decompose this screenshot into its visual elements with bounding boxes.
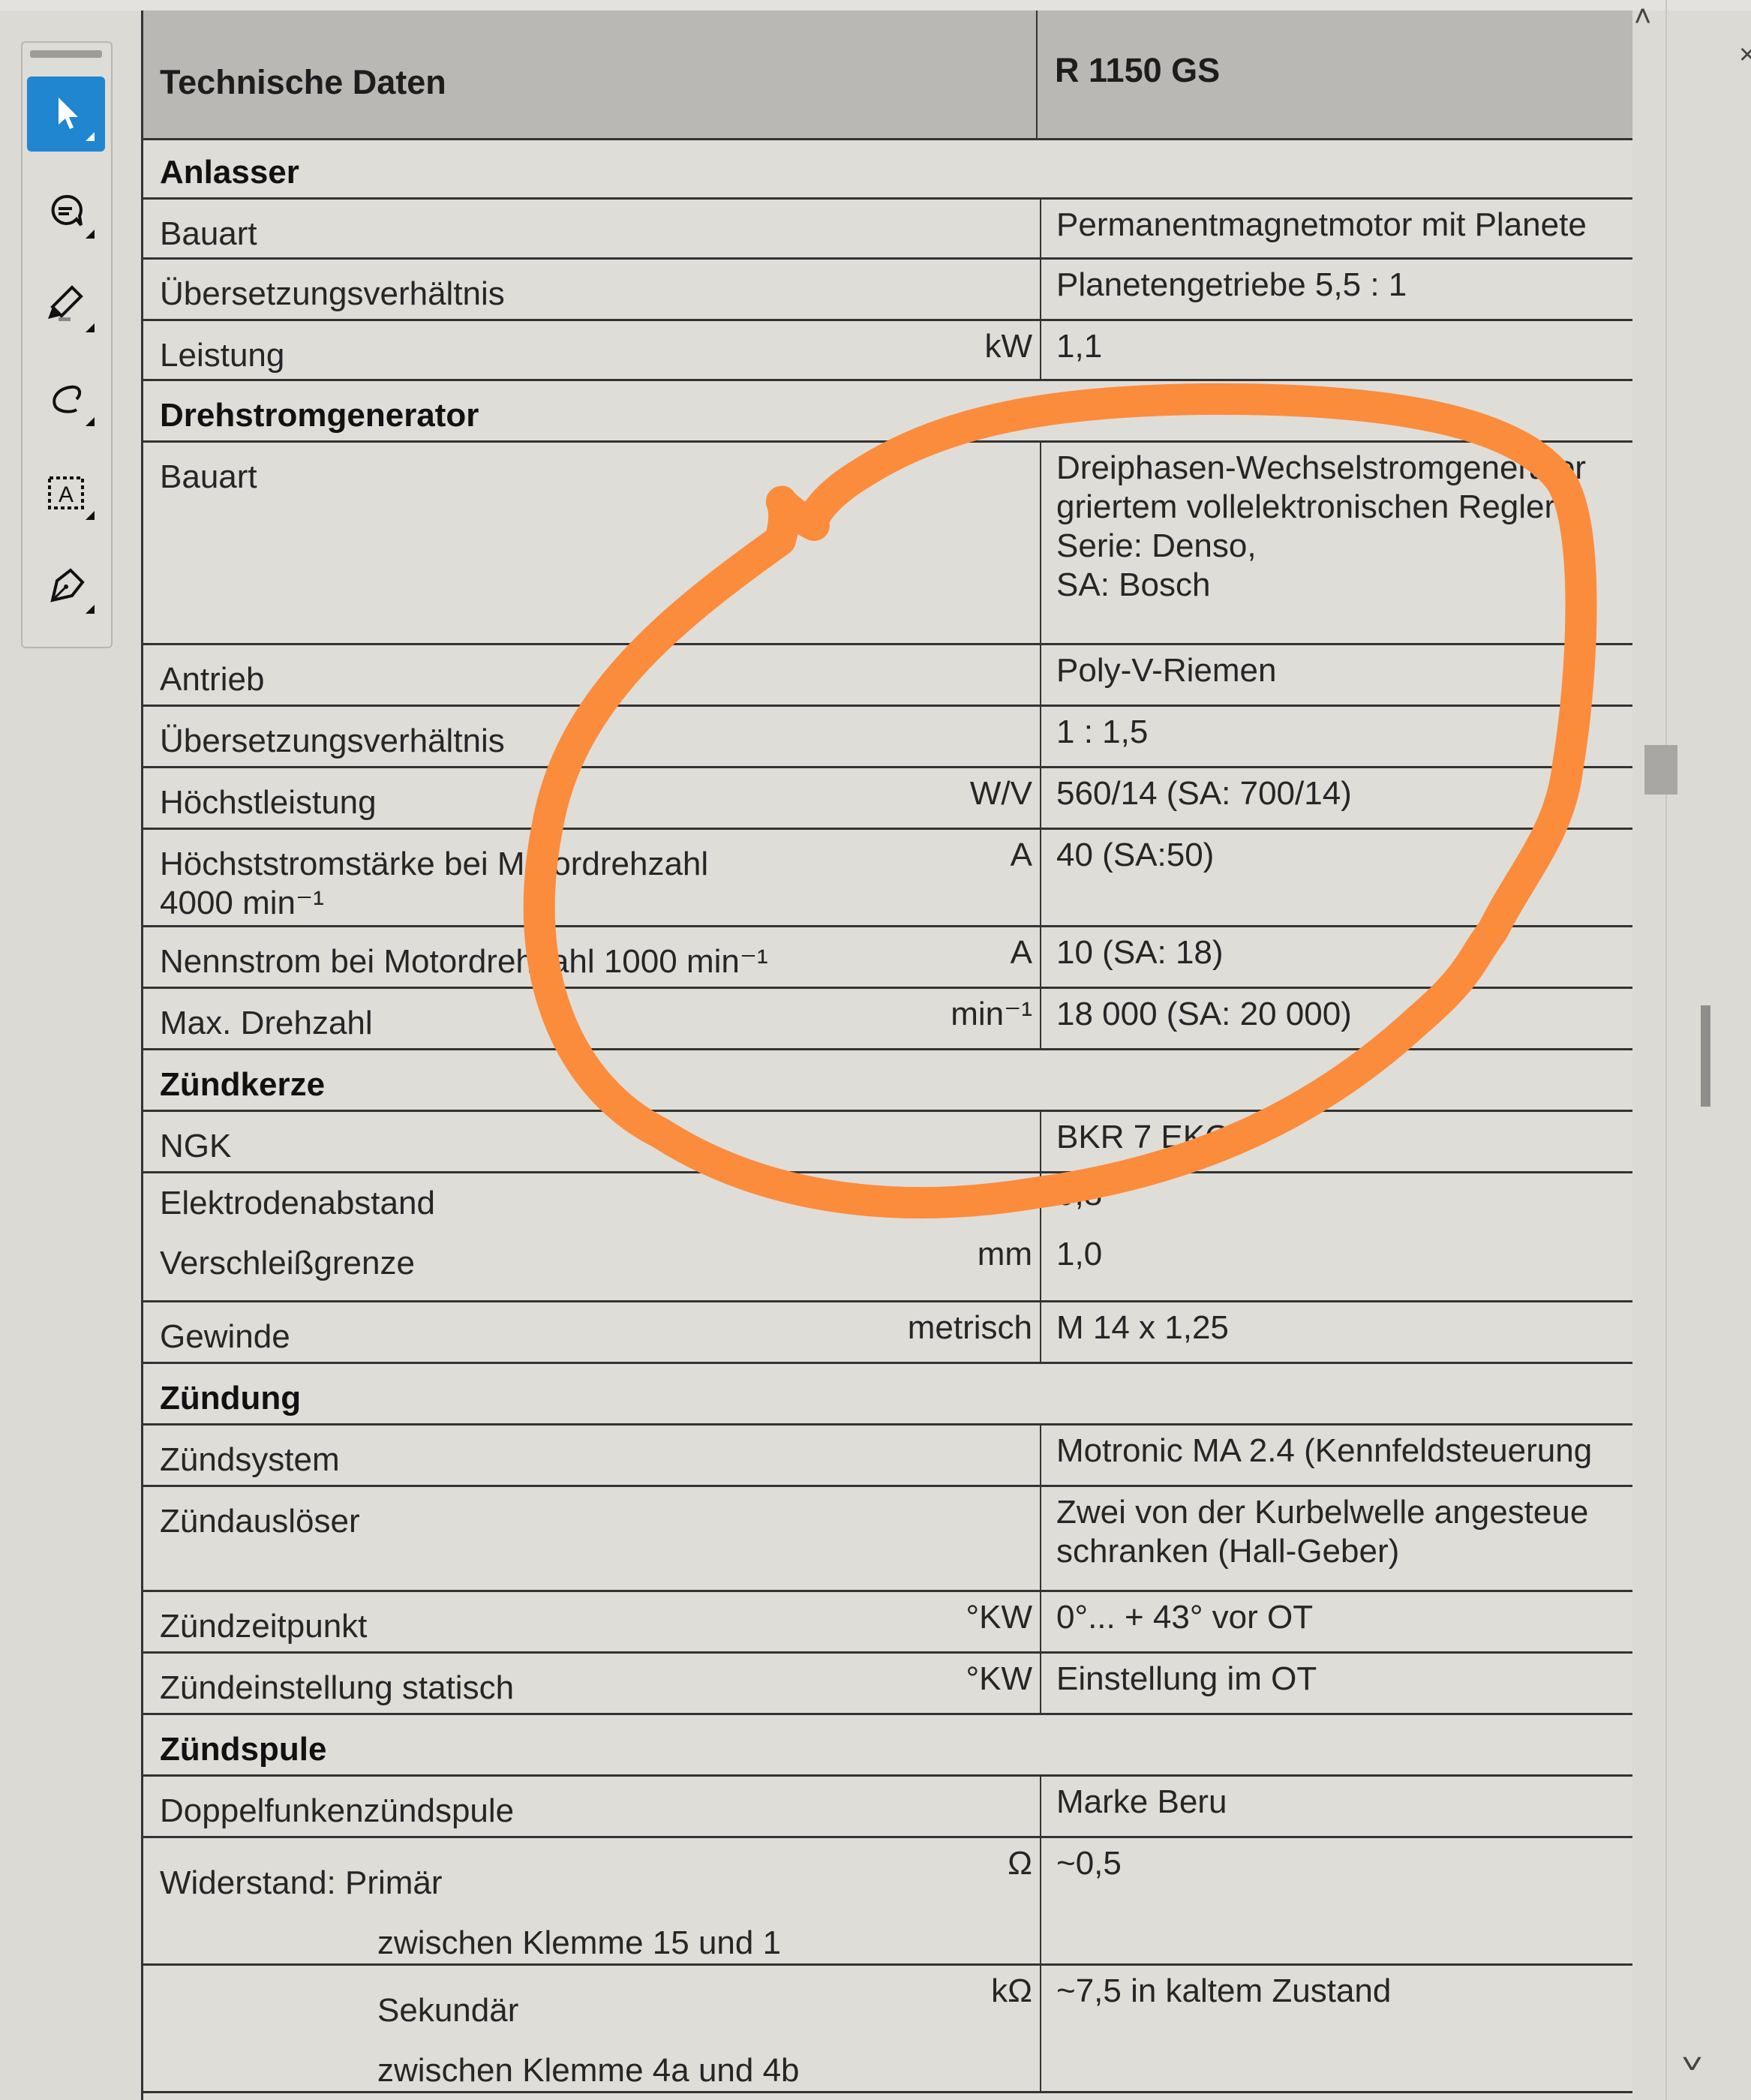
table-row: GewindemetrischM 14 x 1,25 [143, 1302, 1632, 1364]
column-divider [143, 707, 1041, 766]
close-icon[interactable]: × [1739, 39, 1751, 71]
table-row: HöchstleistungW/V560/14 (SA: 700/14) [143, 768, 1632, 830]
column-divider [143, 1777, 1041, 1836]
freehand-tool-button[interactable] [27, 362, 105, 437]
table-header-title: Technische Daten [160, 63, 446, 102]
window-top-strip [0, 0, 1751, 11]
row-unit: A [1011, 836, 1032, 875]
column-divider [143, 1838, 1041, 1963]
column-divider [143, 768, 1041, 828]
svg-text:A: A [59, 482, 74, 507]
table-header: Technische Daten R 1150 GS [143, 11, 1632, 140]
row-value: Planetengetriebe 5,5 : 1 [1056, 266, 1626, 305]
table-row: Höchststromstärke bei Motordrehzahl 4000… [143, 830, 1632, 927]
section-header-row: Anlasser [143, 138, 1632, 200]
submenu-indicator-icon [86, 605, 95, 614]
submenu-indicator-icon [86, 511, 95, 520]
row-value: 1,1 [1056, 327, 1626, 366]
scrollbar-track[interactable] [1665, 0, 1667, 2100]
submenu-indicator-icon [86, 132, 95, 141]
column-divider [143, 260, 1041, 319]
table-row: Max. Drehzahlmin⁻¹18 000 (SA: 20 000) [143, 989, 1632, 1050]
row-unit: kW [984, 327, 1032, 366]
section-title: Zündung [160, 1379, 301, 1418]
row-value: Permanentmagnetmotor mit Planete [1056, 206, 1626, 245]
scroll-up-icon[interactable]: ˄ [1634, 0, 1651, 34]
section-header-row: Zündspule [143, 1715, 1632, 1777]
row-value: 0,8 1,0 [1056, 1179, 1626, 1269]
table-row: Elektrodenabstand Verschleißgrenzemm mm0… [143, 1173, 1632, 1302]
section-header-row: Zündung [143, 1364, 1632, 1426]
table-header-model: R 1150 GS [1055, 51, 1220, 90]
row-unit: A [1011, 933, 1032, 972]
text-box-tool-button[interactable]: A [27, 455, 105, 530]
page-scrollbar-thumb[interactable] [1701, 1005, 1710, 1107]
row-unit: kΩ [991, 1972, 1032, 2011]
row-value: Marke Beru [1056, 1783, 1626, 1822]
row-value: ~7,5 in kaltem Zustand [1056, 1972, 1626, 2011]
table-row: DoppelfunkenzündspuleMarke Beru [143, 1777, 1632, 1838]
section-title: Zündspule [160, 1730, 326, 1769]
column-divider [143, 200, 1041, 257]
column-divider [143, 1487, 1041, 1590]
row-unit: min⁻¹ [951, 995, 1032, 1034]
cursor-arrow-icon [42, 90, 90, 138]
section-header-row: Zündkerze [143, 1050, 1632, 1112]
section-title: Anlasser [160, 153, 299, 192]
section-header-row: Drehstromgenerator [143, 381, 1632, 443]
header-divider [1036, 11, 1038, 138]
row-value: Motronic MA 2.4 (Kennfeldsteuerung [1056, 1432, 1626, 1471]
row-unit: W/V [970, 774, 1032, 813]
column-divider [143, 1654, 1041, 1713]
column-divider [143, 1112, 1041, 1171]
highlight-tool-button[interactable] [27, 268, 105, 343]
table-row: ZündauslöserZwei von der Kurbelwelle ang… [143, 1487, 1632, 1592]
row-value: 0°... + 43° vor OT [1056, 1598, 1626, 1637]
table-row: Übersetzungsverhältnis1 : 1,5 [143, 707, 1632, 768]
row-value: 40 (SA:50) [1056, 836, 1626, 875]
column-divider [143, 1966, 1041, 2091]
row-unit: Ω [1008, 1844, 1032, 1883]
section-title: Drehstromgenerator [160, 396, 479, 435]
row-value: Poly-V-Riemen [1056, 651, 1626, 690]
table-row: ZündsystemMotronic MA 2.4 (Kennfeldsteue… [143, 1426, 1632, 1487]
comment-tool-button[interactable] [27, 174, 105, 249]
row-unit: °KW [966, 1598, 1032, 1637]
column-divider [143, 1173, 1041, 1300]
scrollbar-thumb[interactable] [1644, 745, 1677, 795]
row-value: Zwei von der Kurbelwelle angesteue schra… [1056, 1493, 1626, 1571]
column-divider [143, 927, 1041, 987]
document-page: Technische Daten R 1150 GS AnlasserBauar… [141, 11, 1632, 2100]
select-tool-button[interactable] [27, 77, 105, 152]
signature-tool-button[interactable] [27, 549, 105, 624]
toolbar-drag-handle[interactable] [30, 50, 102, 58]
speech-bubble-icon [42, 188, 90, 236]
table-row: AntriebPoly-V-Riemen [143, 645, 1632, 707]
table-row: Widerstand: Primärzwischen Klemme 15 und… [143, 1838, 1632, 1966]
table-row: Zündzeitpunkt°KW0°... + 43° vor OT [143, 1592, 1632, 1654]
table-row: LeistungkW1,1 [143, 321, 1632, 381]
row-value: Einstellung im OT [1056, 1660, 1626, 1699]
row-value: 560/14 (SA: 700/14) [1056, 774, 1626, 813]
row-value: 10 (SA: 18) [1056, 933, 1626, 972]
section-title: Zündkerze [160, 1065, 325, 1104]
column-divider [143, 1302, 1041, 1362]
scroll-down-icon[interactable]: ˅ [1681, 2048, 1703, 2080]
freehand-loop-icon [42, 375, 90, 423]
row-value: ~0,5 [1056, 1844, 1626, 1883]
row-value: 1 : 1,5 [1056, 713, 1626, 752]
table-row: NGKBKR 7 EKC [143, 1112, 1632, 1173]
annotation-toolbar: A [21, 41, 113, 648]
column-divider [143, 989, 1041, 1048]
pen-nib-icon [42, 563, 90, 611]
row-unit: metrisch [908, 1308, 1032, 1347]
column-divider [143, 1592, 1041, 1651]
table-row: BauartPermanentmagnetmotor mit Planete [143, 200, 1632, 260]
column-divider [143, 1426, 1041, 1485]
row-value: M 14 x 1,25 [1056, 1308, 1626, 1347]
column-divider [143, 443, 1041, 643]
row-value: 18 000 (SA: 20 000) [1056, 995, 1626, 1034]
row-unit: mm mm [978, 1179, 1032, 1269]
table-row: Sekundär zwischen Klemme 4a und 4bkΩ~7,5… [143, 1966, 1632, 2093]
submenu-indicator-icon [86, 230, 95, 239]
row-unit: °KW [966, 1660, 1032, 1699]
table-row: ÜbersetzungsverhältnisPlanetengetriebe 5… [143, 260, 1632, 321]
table-row: Nennstrom bei Motordrehzahl 1000 min⁻¹A1… [143, 927, 1632, 989]
column-divider [143, 321, 1041, 379]
row-value: Dreiphasen-Wechselstromgenerator grierte… [1056, 449, 1626, 605]
column-divider [143, 830, 1041, 925]
table-row: Zündeinstellung statisch°KWEinstellung i… [143, 1654, 1632, 1715]
highlighter-pen-icon [42, 281, 90, 329]
text-box-icon: A [42, 469, 90, 517]
table-row: BauartDreiphasen-Wechselstromgenerator g… [143, 443, 1632, 645]
column-divider [143, 645, 1041, 705]
row-value: BKR 7 EKC [1056, 1118, 1626, 1157]
submenu-indicator-icon [86, 417, 95, 426]
submenu-indicator-icon [86, 323, 95, 332]
